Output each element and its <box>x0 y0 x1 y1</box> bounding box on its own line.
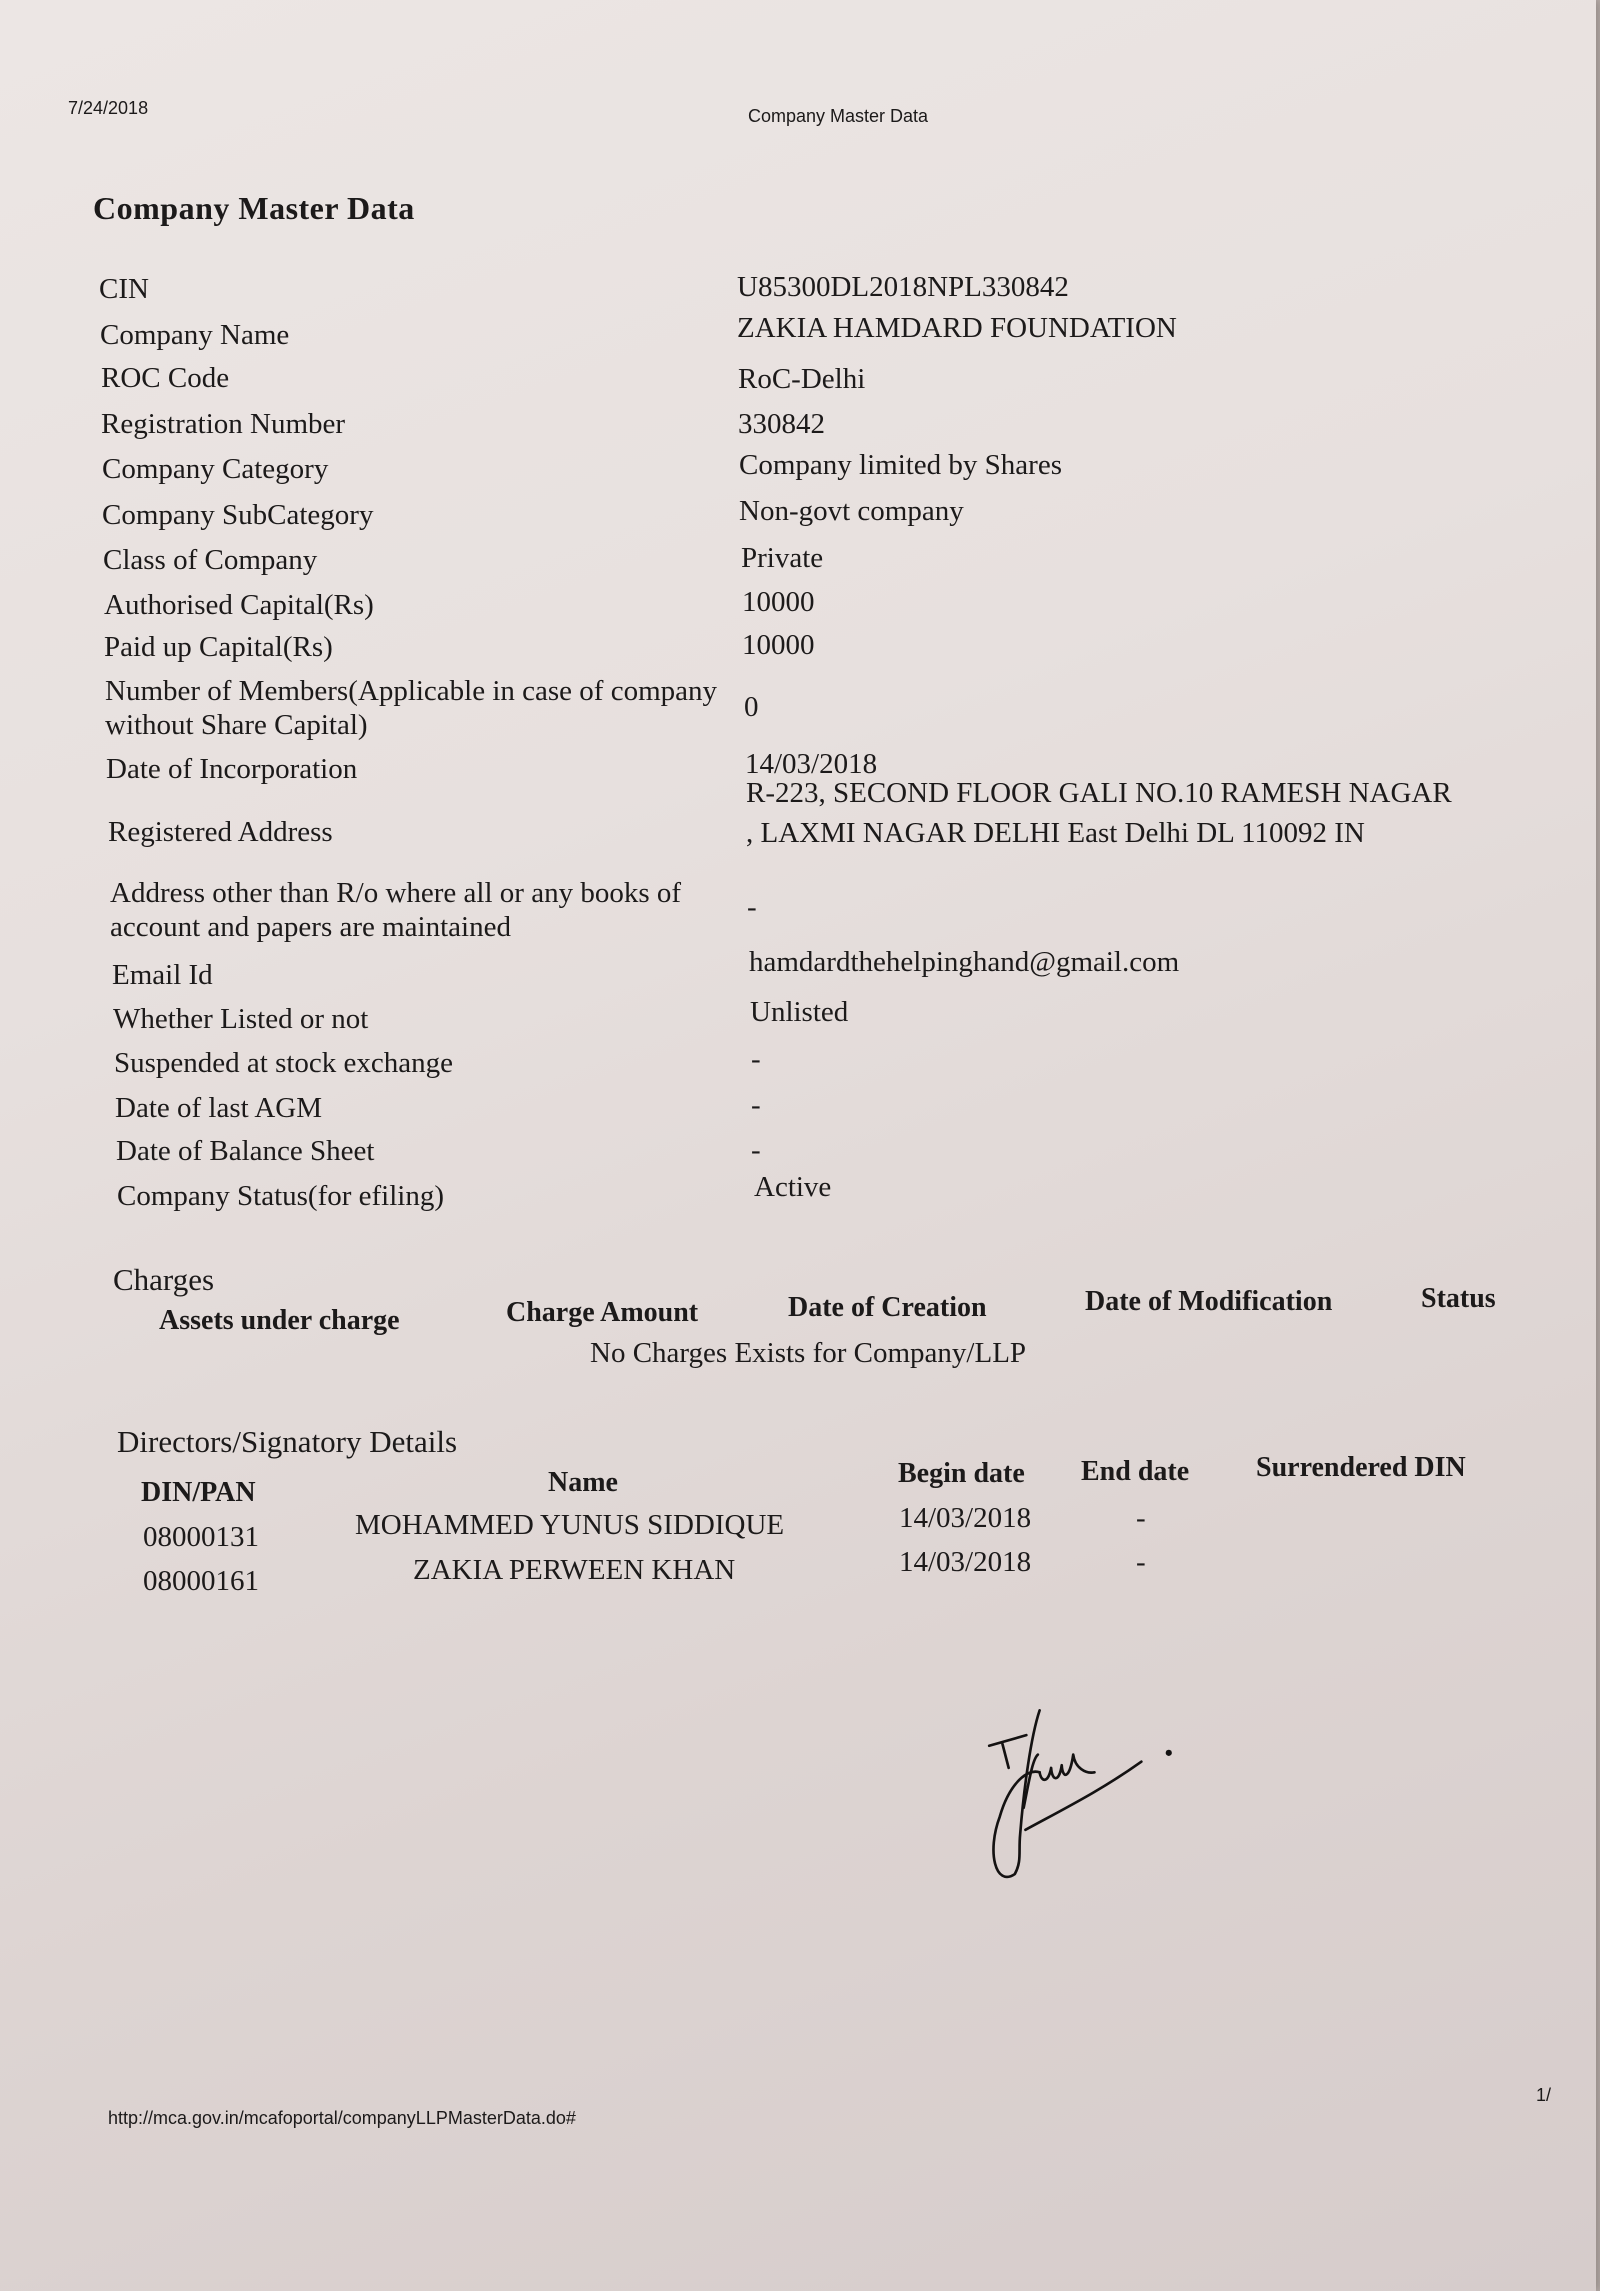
director-end-date: - <box>1136 1546 1146 1579</box>
value-company-name: ZAKIA HAMDARD FOUNDATION <box>737 311 1177 345</box>
header-title: Company Master Data <box>748 106 928 127</box>
value-authorised-capital: 10000 <box>742 585 815 619</box>
director-end-date: - <box>1136 1502 1146 1535</box>
value-company-subcategory: Non-govt company <box>739 494 964 528</box>
value-email-id: hamdardthehelpinghand@gmail.com <box>749 945 1179 979</box>
director-name: MOHAMMED YUNUS SIDDIQUE <box>355 1509 784 1542</box>
charges-col-date-modification: Date of Modification <box>1085 1286 1332 1318</box>
label-cin: CIN <box>99 272 149 306</box>
value-other-address: - <box>747 890 757 924</box>
value-number-of-members: 0 <box>744 690 759 724</box>
director-name: ZAKIA PERWEEN KHAN <box>413 1554 735 1587</box>
director-din: 08000161 <box>143 1565 259 1598</box>
value-whether-listed: Unlisted <box>750 995 848 1029</box>
value-registration-number: 330842 <box>738 407 825 441</box>
directors-col-begin-date: Begin date <box>898 1458 1025 1490</box>
value-suspended: - <box>751 1042 761 1076</box>
directors-col-din: DIN/PAN <box>141 1477 256 1509</box>
label-whether-listed: Whether Listed or not <box>113 1002 368 1036</box>
charges-col-assets: Assets under charge <box>159 1305 400 1337</box>
value-roc-code: RoC-Delhi <box>738 362 865 396</box>
label-roc-code: ROC Code <box>101 361 229 395</box>
value-paid-up-capital: 10000 <box>742 628 815 662</box>
label-suspended: Suspended at stock exchange <box>114 1046 453 1080</box>
charges-section-title: Charges <box>113 1262 214 1298</box>
charges-col-amount: Charge Amount <box>506 1297 698 1329</box>
label-company-name: Company Name <box>100 318 289 352</box>
footer-url[interactable]: http://mca.gov.in/mcafoportal/companyLLP… <box>108 2108 576 2129</box>
label-date-of-last-agm: Date of last AGM <box>115 1091 322 1125</box>
label-email-id: Email Id <box>112 958 213 992</box>
charges-empty-message: No Charges Exists for Company/LLP <box>590 1337 1026 1370</box>
signature-icon <box>960 1680 1190 1900</box>
print-date: 7/24/2018 <box>68 98 148 119</box>
directors-col-name: Name <box>548 1467 618 1499</box>
value-class-of-company: Private <box>741 541 823 575</box>
label-company-status: Company Status(for efiling) <box>117 1179 444 1213</box>
directors-col-end-date: End date <box>1081 1456 1189 1488</box>
value-registered-address-line1: R-223, SECOND FLOOR GALI NO.10 RAMESH NA… <box>746 776 1452 810</box>
label-authorised-capital: Authorised Capital(Rs) <box>104 588 374 622</box>
charges-col-status: Status <box>1421 1283 1496 1315</box>
value-cin: U85300DL2018NPL330842 <box>737 270 1069 304</box>
label-registration-number: Registration Number <box>101 407 345 441</box>
directors-col-surrendered-din: Surrendered DIN <box>1256 1452 1466 1484</box>
director-din: 08000131 <box>143 1521 259 1554</box>
document-title: Company Master Data <box>93 190 415 227</box>
directors-section-title: Directors/Signatory Details <box>117 1424 457 1460</box>
document-page: 7/24/2018 Company Master Data Company Ma… <box>0 0 1596 2291</box>
value-company-category: Company limited by Shares <box>739 448 1062 482</box>
director-begin-date: 14/03/2018 <box>899 1502 1031 1535</box>
director-begin-date: 14/03/2018 <box>899 1546 1031 1579</box>
label-company-category: Company Category <box>102 452 328 486</box>
page-number: 1/ <box>1536 2085 1551 2106</box>
label-registered-address: Registered Address <box>108 815 333 849</box>
label-date-of-balance-sheet: Date of Balance Sheet <box>116 1134 374 1168</box>
value-company-status: Active <box>754 1170 831 1204</box>
label-other-address: Address other than R/o where all or any … <box>110 876 760 944</box>
label-class-of-company: Class of Company <box>103 543 317 577</box>
label-paid-up-capital: Paid up Capital(Rs) <box>104 630 333 664</box>
value-date-of-last-agm: - <box>751 1088 761 1122</box>
label-date-of-incorporation: Date of Incorporation <box>106 752 357 786</box>
value-registered-address-line2: , LAXMI NAGAR DELHI East Delhi DL 110092… <box>746 816 1365 850</box>
charges-col-date-creation: Date of Creation <box>788 1292 987 1324</box>
value-date-of-balance-sheet: - <box>751 1133 761 1167</box>
label-number-of-members: Number of Members(Applicable in case of … <box>105 674 745 742</box>
label-company-subcategory: Company SubCategory <box>102 498 373 532</box>
